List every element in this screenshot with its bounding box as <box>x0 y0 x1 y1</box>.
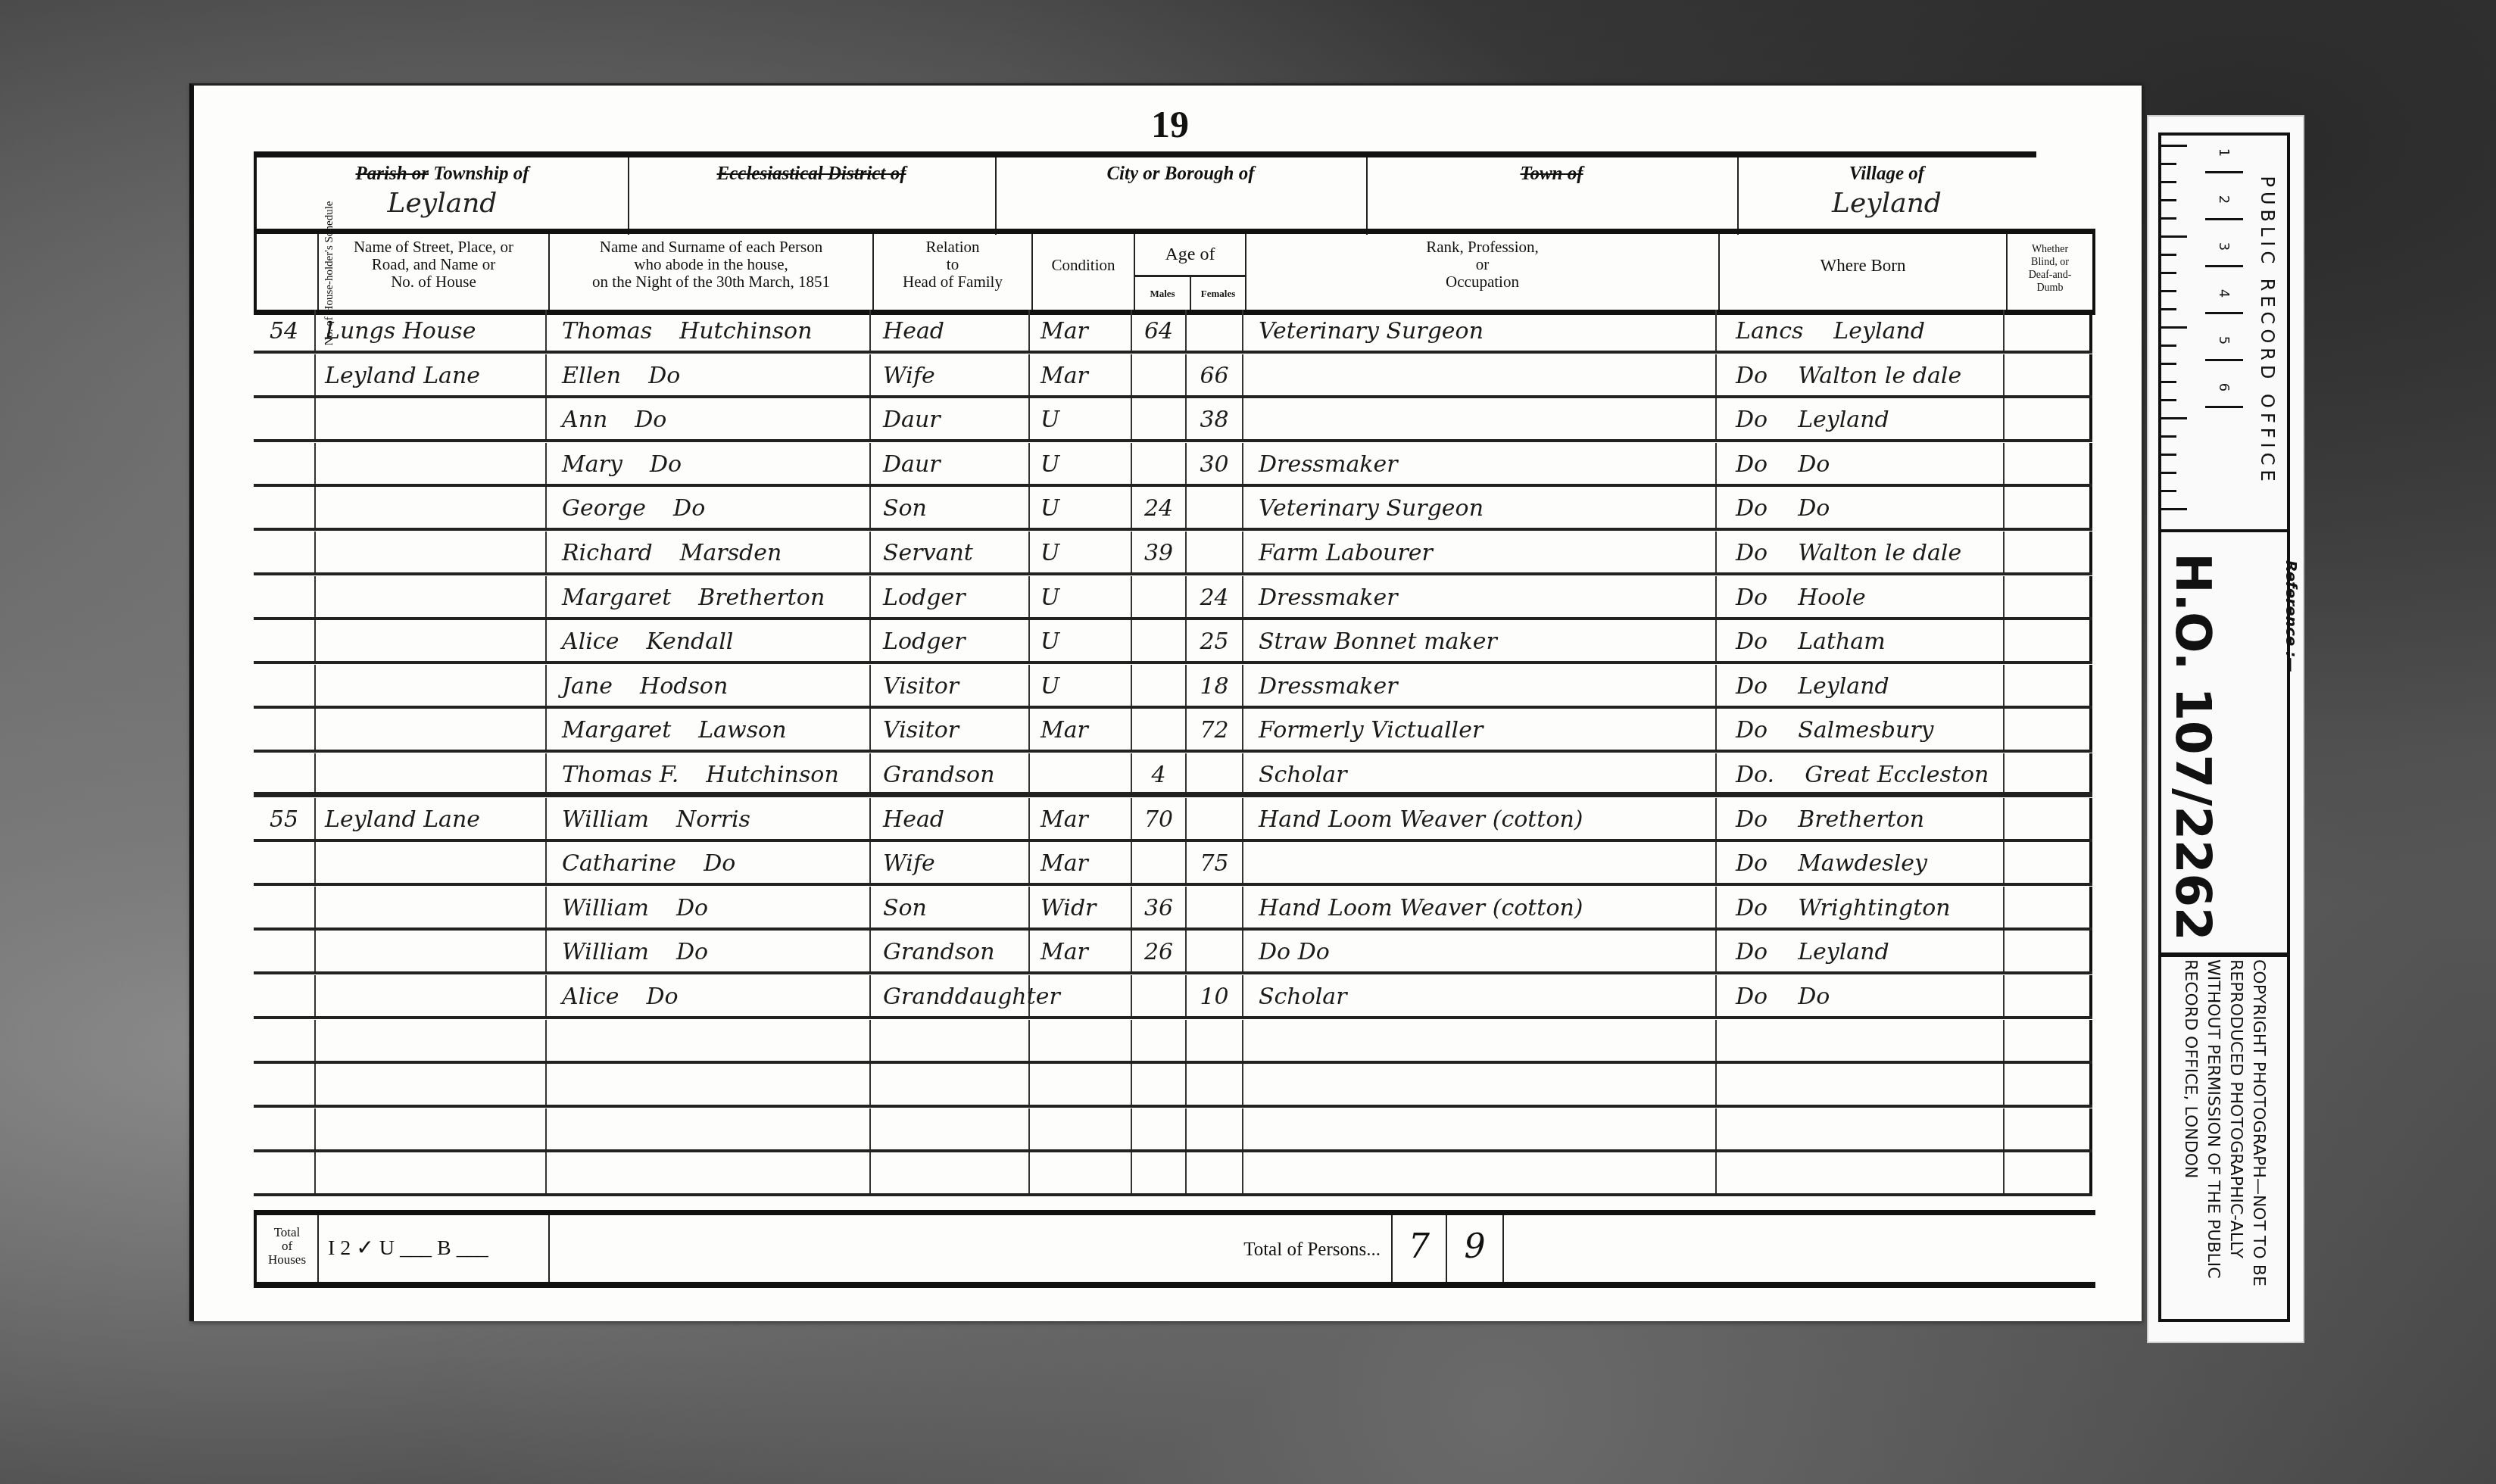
born-county: Do <box>1736 585 1767 611</box>
occupation: Hand Loom Weaver (cotton) <box>1243 887 1717 931</box>
marital-condition <box>1030 1064 1132 1108</box>
occupation: Do Do <box>1243 931 1717 974</box>
census-row: MaryDoDaurU30DressmakerDoDo <box>254 443 2092 487</box>
relation-to-head: Grandson <box>871 753 1030 797</box>
person-name: MargaretLawson <box>547 709 871 753</box>
location-label-struck: Ecclesiastical District of <box>628 164 995 185</box>
female-age <box>1187 1064 1243 1108</box>
female-age <box>1187 798 1243 842</box>
schedule-number <box>254 887 316 931</box>
surname: Kendall <box>646 620 733 664</box>
born-place: Leyland <box>1798 665 1889 709</box>
born-place: Do <box>1798 975 1830 1019</box>
male-age: 26 <box>1132 931 1187 974</box>
blind-deaf-dumb <box>2005 487 2092 531</box>
ruler-tick <box>2161 363 2176 365</box>
relation-to-head: Visitor <box>871 709 1030 753</box>
person-name: GeorgeDo <box>547 487 871 531</box>
where-born: DoWalton le dale <box>1717 354 2005 398</box>
schedule-number <box>254 398 316 442</box>
blind-deaf-dumb <box>2005 1020 2092 1064</box>
male-age: 64 <box>1132 310 1187 354</box>
heading-blind: WhetherBlind, orDeaf-and-Dumb <box>2008 234 2095 310</box>
born-place: Mawdesley <box>1798 842 1927 886</box>
born-county: Do <box>1736 673 1767 700</box>
marital-condition: Mar <box>1030 842 1132 886</box>
ruler-tick <box>2161 508 2187 510</box>
row-divider <box>254 792 2092 797</box>
blind-deaf-dumb <box>2005 1108 2092 1152</box>
location-value: Leyland <box>257 188 628 219</box>
ruler-tick <box>2161 181 2176 183</box>
born-place: Do <box>1798 443 1830 487</box>
ruler-number: 2 <box>2205 184 2243 220</box>
female-age <box>1187 532 1243 575</box>
first-name: William <box>562 895 649 921</box>
census-row <box>254 1108 2092 1152</box>
ruler-tick <box>2161 435 2176 438</box>
heading-condition: Condition <box>1033 234 1135 310</box>
surname: Do <box>704 842 735 886</box>
ruler-tick <box>2161 272 2176 274</box>
census-row: Leyland LaneEllenDoWifeMar66DoWalton le … <box>254 354 2092 398</box>
male-age <box>1132 1064 1187 1108</box>
person-name: AliceKendall <box>547 620 871 664</box>
location-ecclesiastical: Ecclesiastical District of <box>628 157 997 235</box>
relation-to-head <box>871 1108 1030 1152</box>
census-row: 54Lungs HouseThomasHutchinsonHeadMar64Ve… <box>254 310 2092 354</box>
blind-deaf-dumb <box>2005 665 2092 709</box>
person-name: Thomas F.Hutchinson <box>547 753 871 797</box>
location-value: Leyland <box>1737 188 2036 219</box>
surname: Do <box>676 931 708 974</box>
female-age <box>1187 887 1243 931</box>
total-females: 9 <box>1447 1215 1504 1282</box>
street-address <box>316 1064 547 1108</box>
occupation: Veterinary Surgeon <box>1243 487 1717 531</box>
occupation: Scholar <box>1243 753 1717 797</box>
female-age: 75 <box>1187 842 1243 886</box>
schedule-number <box>254 1020 316 1064</box>
where-born: DoHoole <box>1717 576 2005 620</box>
heading-relation: RelationtoHead of Family <box>874 234 1033 310</box>
row-divider <box>254 839 2092 842</box>
male-age <box>1132 1152 1187 1196</box>
where-born: DoBretherton <box>1717 798 2005 842</box>
occupation: Straw Bonnet maker <box>1243 620 1717 664</box>
marital-condition <box>1030 753 1132 797</box>
born-county: Do <box>1736 540 1767 566</box>
ruler-tick <box>2161 308 2176 310</box>
schedule-number: 54 <box>254 310 316 354</box>
ruler-tick <box>2161 490 2176 492</box>
where-born <box>1717 1020 2005 1064</box>
male-age <box>1132 665 1187 709</box>
surname: Do <box>635 398 666 442</box>
ruler-tick <box>2161 399 2176 401</box>
relation-to-head: Head <box>871 310 1030 354</box>
ruler-tick <box>2161 472 2176 474</box>
census-row: CatharineDoWifeMar75DoMawdesley <box>254 842 2092 886</box>
ruler-number: 5 <box>2205 325 2243 361</box>
street-address: Leyland Lane <box>316 354 547 398</box>
male-age <box>1132 1020 1187 1064</box>
surname: Do <box>646 975 678 1019</box>
street-address <box>316 1108 547 1152</box>
total-persons-label: Total of Persons... <box>550 1215 1393 1282</box>
person-name <box>547 1108 871 1152</box>
totals-row: TotalofHouses I 2 ✓ U ___ B ___ Total of… <box>254 1210 2095 1288</box>
row-divider <box>254 661 2092 664</box>
surname: Hodson <box>640 665 728 709</box>
first-name: Thomas F. <box>562 762 679 788</box>
born-place: Leyland <box>1798 398 1889 442</box>
schedule-number <box>254 753 316 797</box>
person-name: MaryDo <box>547 443 871 487</box>
marital-condition: U <box>1030 443 1132 487</box>
street-address <box>316 620 547 664</box>
person-name: AliceDo <box>547 975 871 1019</box>
ruler-number: 3 <box>2205 231 2243 267</box>
heading-where-born: Where Born <box>1720 234 2008 310</box>
relation-to-head: Son <box>871 887 1030 931</box>
where-born: DoMawdesley <box>1717 842 2005 886</box>
ruler-tick <box>2161 344 2176 347</box>
row-divider <box>254 572 2092 575</box>
blind-deaf-dumb <box>2005 887 2092 931</box>
first-name: Alice <box>562 984 619 1010</box>
born-county: Do <box>1736 451 1767 478</box>
person-name: WilliamDo <box>547 887 871 931</box>
census-row: Thomas F.HutchinsonGrandson4ScholarDo.Gr… <box>254 753 2092 797</box>
born-county: Do <box>1736 363 1767 389</box>
relation-to-head <box>871 1020 1030 1064</box>
ruler-tick <box>2161 217 2176 220</box>
row-divider <box>254 439 2092 442</box>
born-county: Lancs <box>1736 318 1803 344</box>
born-place: Great Eccleston <box>1805 753 1989 797</box>
first-name: Jane <box>562 673 613 700</box>
schedule-number <box>254 709 316 753</box>
male-age <box>1132 398 1187 442</box>
female-age: 10 <box>1187 975 1243 1019</box>
blind-deaf-dumb <box>2005 1064 2092 1108</box>
ruler-tick <box>2161 417 2187 419</box>
total-houses-value: I 2 ✓ U ___ B ___ <box>319 1215 550 1282</box>
where-born: DoDo <box>1717 975 2005 1019</box>
row-divider <box>254 971 2092 974</box>
born-place: Leyland <box>1833 310 1925 354</box>
row-divider <box>254 1061 2092 1064</box>
where-born: DoLeyland <box>1717 665 2005 709</box>
blind-deaf-dumb <box>2005 709 2092 753</box>
ruler-tick <box>2161 163 2176 165</box>
street-address <box>316 931 547 974</box>
born-county: Do <box>1736 717 1767 744</box>
census-row: MargaretLawsonVisitorMar72Formerly Victu… <box>254 709 2092 753</box>
born-county: Do. <box>1736 762 1774 788</box>
street-address <box>316 487 547 531</box>
female-age <box>1187 487 1243 531</box>
person-name: RichardMarsden <box>547 532 871 575</box>
ruler-tick <box>2161 254 2176 256</box>
blind-deaf-dumb <box>2005 532 2092 575</box>
street-address <box>316 665 547 709</box>
row-divider <box>254 351 2092 354</box>
street-address <box>316 576 547 620</box>
location-label: City or Borough of <box>1106 164 1254 184</box>
female-age <box>1187 1020 1243 1064</box>
blind-deaf-dumb <box>2005 1152 2092 1196</box>
male-age <box>1132 443 1187 487</box>
where-born: DoLeyland <box>1717 931 2005 974</box>
row-divider <box>254 1149 2092 1152</box>
schedule-number <box>254 1108 316 1152</box>
first-name: Ellen <box>562 363 621 389</box>
ruler-tick <box>2161 235 2187 238</box>
location-township: Parish or Township of Leyland <box>257 157 629 235</box>
blind-deaf-dumb <box>2005 975 2092 1019</box>
total-houses-label: TotalofHouses <box>257 1215 319 1282</box>
relation-to-head: Granddaughter <box>871 975 1030 1019</box>
street-address <box>316 1152 547 1196</box>
row-divider <box>254 883 2092 886</box>
male-age <box>1132 620 1187 664</box>
location-label: Township of <box>433 164 529 184</box>
relation-to-head: Visitor <box>871 665 1030 709</box>
relation-to-head <box>871 1064 1030 1108</box>
census-row: WilliamDoSonWidr36Hand Loom Weaver (cott… <box>254 887 2092 931</box>
female-age: 25 <box>1187 620 1243 664</box>
born-county: Do <box>1736 806 1767 833</box>
schedule-number <box>254 931 316 974</box>
where-born: DoSalmesbury <box>1717 709 2005 753</box>
born-place: Latham <box>1798 620 1886 664</box>
female-age: 30 <box>1187 443 1243 487</box>
marital-condition: U <box>1030 665 1132 709</box>
born-county: Do <box>1736 895 1767 921</box>
first-name: Margaret <box>562 585 671 611</box>
born-place: Bretherton <box>1798 798 1924 842</box>
schedule-number: 55 <box>254 798 316 842</box>
occupation: Scholar <box>1243 975 1717 1019</box>
ruler-tick <box>2161 326 2187 329</box>
born-place: Do <box>1798 487 1830 531</box>
relation-to-head: Head <box>871 798 1030 842</box>
first-name: Richard <box>562 540 653 566</box>
relation-to-head: Son <box>871 487 1030 531</box>
person-name <box>547 1020 871 1064</box>
relation-to-head: Grandson <box>871 931 1030 974</box>
street-address: Leyland Lane <box>316 798 547 842</box>
total-males: 7 <box>1393 1215 1447 1282</box>
census-row: AnnDoDaurU38DoLeyland <box>254 398 2092 442</box>
ruler-number: 6 <box>2205 372 2243 408</box>
male-age <box>1132 975 1187 1019</box>
census-row: AliceKendallLodgerU25Straw Bonnet makerD… <box>254 620 2092 664</box>
street-address <box>316 975 547 1019</box>
female-age: 66 <box>1187 354 1243 398</box>
row-divider <box>254 528 2092 531</box>
born-place: Salmesbury <box>1798 709 1933 753</box>
male-age <box>1132 709 1187 753</box>
street-address <box>316 443 547 487</box>
row-divider <box>254 1105 2092 1108</box>
male-age <box>1132 576 1187 620</box>
female-age <box>1187 1152 1243 1196</box>
surname: Bretherton <box>698 576 825 620</box>
row-divider <box>254 484 2092 487</box>
schedule-number <box>254 620 316 664</box>
census-row: GeorgeDoSonU24Veterinary SurgeonDoDo <box>254 487 2092 531</box>
person-name: CatharineDo <box>547 842 871 886</box>
marital-condition: U <box>1030 620 1132 664</box>
street-address <box>316 1020 547 1064</box>
blind-deaf-dumb <box>2005 398 2092 442</box>
schedule-number <box>254 665 316 709</box>
relation-to-head <box>871 1152 1030 1196</box>
street-address <box>316 398 547 442</box>
copyright-notice: COPYRIGHT PHOTOGRAPH—NOT TO BE REPRODUCE… <box>2158 952 2290 1322</box>
occupation: Dressmaker <box>1243 665 1717 709</box>
ruler-number: 4 <box>2205 278 2243 314</box>
marital-condition: Mar <box>1030 931 1132 974</box>
where-born <box>1717 1108 2005 1152</box>
census-row <box>254 1152 2092 1196</box>
relation-to-head: Wife <box>871 354 1030 398</box>
street-address <box>316 887 547 931</box>
marital-condition: Mar <box>1030 709 1132 753</box>
born-place: Walton le dale <box>1798 532 1961 575</box>
first-name: William <box>562 939 649 965</box>
marital-condition: U <box>1030 576 1132 620</box>
born-county: Do <box>1736 495 1767 522</box>
schedule-number <box>254 443 316 487</box>
born-county: Do <box>1736 628 1767 655</box>
heading-occupation: Rank, Profession,orOccupation <box>1246 234 1720 310</box>
male-age: 70 <box>1132 798 1187 842</box>
marital-condition: Mar <box>1030 798 1132 842</box>
census-row: WilliamDoGrandsonMar26Do DoDoLeyland <box>254 931 2092 974</box>
first-name: George <box>562 495 646 522</box>
row-divider <box>254 706 2092 709</box>
female-age <box>1187 931 1243 974</box>
surname: Do <box>673 487 705 531</box>
marital-condition: U <box>1030 398 1132 442</box>
schedule-number <box>254 842 316 886</box>
ruler-number: 1 <box>2205 137 2243 173</box>
blind-deaf-dumb <box>2005 842 2092 886</box>
where-born <box>1717 1064 2005 1108</box>
relation-to-head: Daur <box>871 398 1030 442</box>
row-divider <box>254 927 2092 931</box>
census-row: 55Leyland LaneWilliamNorrisHeadMar70Hand… <box>254 798 2092 842</box>
born-place: Leyland <box>1798 931 1889 974</box>
born-place: Hoole <box>1798 576 1866 620</box>
location-label: Village of <box>1737 164 2036 185</box>
first-name: Mary <box>562 451 622 478</box>
schedule-number <box>254 975 316 1019</box>
row-divider <box>254 750 2092 753</box>
person-name: MargaretBretherton <box>547 576 871 620</box>
occupation <box>1243 1064 1717 1108</box>
row-divider <box>254 1193 2092 1196</box>
where-born: DoDo <box>1717 487 2005 531</box>
where-born: DoLeyland <box>1717 398 2005 442</box>
born-county: Do <box>1736 984 1767 1010</box>
where-born: DoLatham <box>1717 620 2005 664</box>
relation-to-head: Lodger <box>871 620 1030 664</box>
person-name <box>547 1064 871 1108</box>
occupation <box>1243 354 1717 398</box>
census-row: AliceDoGranddaughter10ScholarDoDo <box>254 975 2092 1019</box>
person-name <box>547 1152 871 1196</box>
heading-males: Males <box>1135 277 1191 310</box>
occupation: Dressmaker <box>1243 443 1717 487</box>
female-age <box>1187 310 1243 354</box>
surname: Do <box>648 354 680 398</box>
column-headings: No. of House-holder's Schedule Name of S… <box>254 229 2095 315</box>
relation-to-head: Wife <box>871 842 1030 886</box>
census-row <box>254 1020 2092 1064</box>
location-village: Village of Leyland <box>1737 157 2036 235</box>
first-name: Catharine <box>562 850 676 877</box>
surname: Do <box>650 443 682 487</box>
schedule-number <box>254 1152 316 1196</box>
male-age <box>1132 354 1187 398</box>
marital-condition: Mar <box>1030 354 1132 398</box>
census-row: RichardMarsdenServantU39Farm LabourerDoW… <box>254 532 2092 575</box>
occupation <box>1243 1020 1717 1064</box>
born-county: Do <box>1736 850 1767 877</box>
male-age: 4 <box>1132 753 1187 797</box>
row-divider <box>254 617 2092 620</box>
location-town: Town of <box>1366 157 1739 235</box>
relation-to-head: Daur <box>871 443 1030 487</box>
marital-condition <box>1030 975 1132 1019</box>
occupation <box>1243 842 1717 886</box>
ruler-tick <box>2161 290 2176 292</box>
male-age: 39 <box>1132 532 1187 575</box>
blind-deaf-dumb <box>2005 753 2092 797</box>
marital-condition <box>1030 1020 1132 1064</box>
page-number: 19 <box>1151 102 1189 146</box>
female-age: 24 <box>1187 576 1243 620</box>
ruler-title: PUBLIC RECORD OFFICE <box>2252 136 2282 526</box>
schedule-number <box>254 487 316 531</box>
female-age <box>1187 753 1243 797</box>
surname: Hutchinson <box>706 753 838 797</box>
marital-condition <box>1030 1108 1132 1152</box>
born-county: Do <box>1736 939 1767 965</box>
row-divider <box>254 1016 2092 1019</box>
occupation <box>1243 398 1717 442</box>
schedule-number <box>254 1064 316 1108</box>
marital-condition: Widr <box>1030 887 1132 931</box>
surname: Norris <box>676 798 750 842</box>
female-age: 38 <box>1187 398 1243 442</box>
street-address <box>316 842 547 886</box>
occupation <box>1243 1152 1717 1196</box>
surname: Lawson <box>698 709 786 753</box>
female-age: 72 <box>1187 709 1243 753</box>
ruler-tick <box>2161 145 2187 147</box>
person-name: WilliamNorris <box>547 798 871 842</box>
heading-females: Females <box>1190 277 1246 310</box>
blind-deaf-dumb <box>2005 620 2092 664</box>
marital-condition <box>1030 1152 1132 1196</box>
schedule-number <box>254 354 316 398</box>
